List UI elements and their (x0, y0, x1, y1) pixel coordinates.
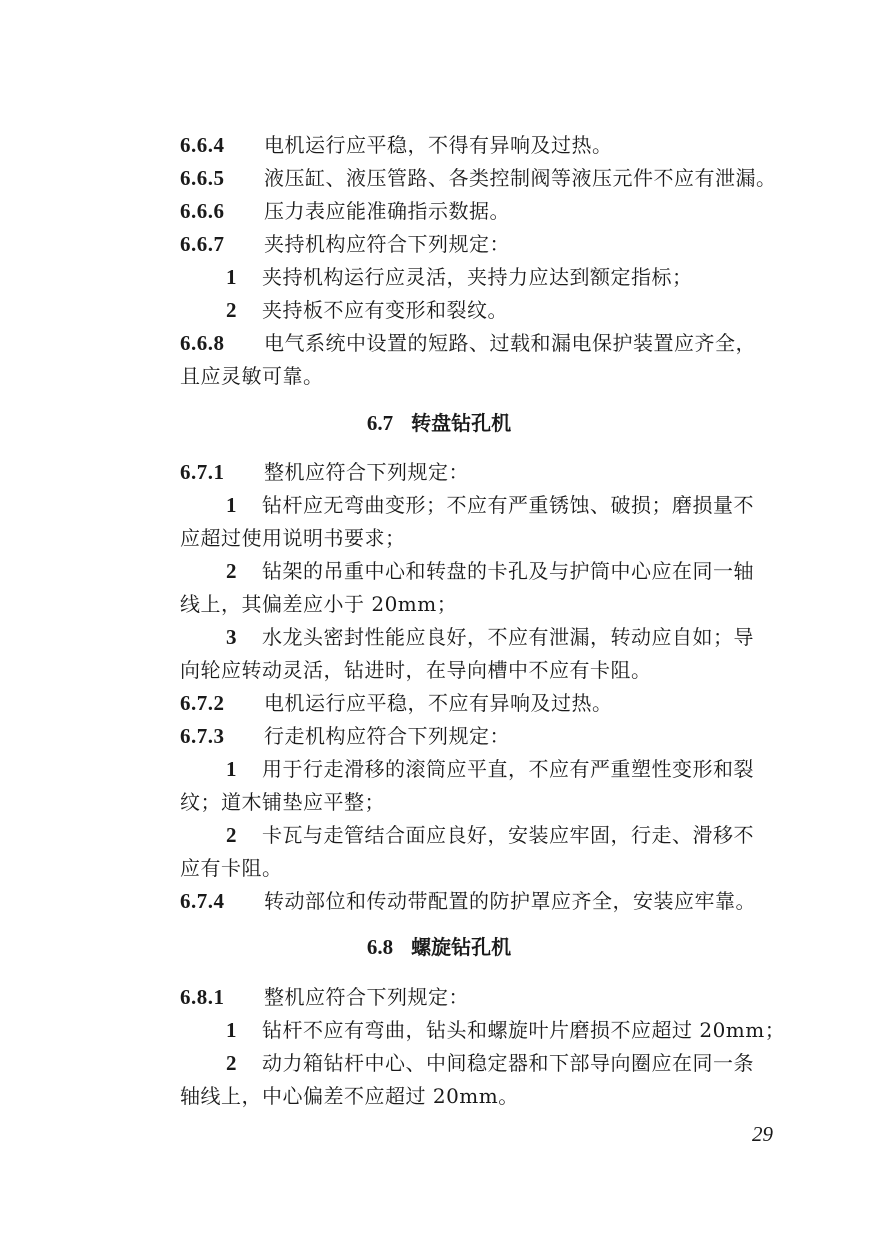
list-item-line: 1钻杆不应有弯曲，钻头和螺旋叶片磨损不应超过 20mm； (180, 1017, 800, 1043)
line-text: 用于行走滑移的滚筒应平直，不应有严重塑性变形和裂 (262, 757, 754, 781)
clause-number: 6.7.2 (180, 690, 252, 716)
list-item-line: 1用于行走滑移的滚筒应平直，不应有严重塑性变形和裂 (180, 756, 800, 782)
clause-number: 6.7.1 (180, 459, 252, 485)
line-text: 应有卡阻。 (180, 856, 283, 880)
list-item-line: 2夹持板不应有变形和裂纹。 (180, 297, 800, 323)
clause-number: 6.6.6 (180, 198, 252, 224)
line-text: 且应灵敏可靠。 (180, 364, 324, 388)
section-heading: 6.7转盘钻孔机 (0, 410, 878, 436)
clause-line: 6.7.1整机应符合下列规定： (180, 459, 800, 485)
clause-number: 6.6.5 (180, 165, 252, 191)
line-text: 水龙头密封性能应良好，不应有泄漏，转动应自如；导 (262, 625, 754, 649)
item-number: 2 (226, 822, 248, 848)
section-number: 6.7 (367, 411, 393, 435)
list-item-line: 2动力箱钻杆中心、中间稳定器和下部导向圈应在同一条 (180, 1050, 800, 1076)
list-item-line: 3水龙头密封性能应良好，不应有泄漏，转动应自如；导 (180, 624, 800, 650)
clause-line: 6.6.4电机运行应平稳，不得有异响及过热。 (180, 132, 800, 158)
item-number: 1 (226, 1017, 248, 1043)
clause-line: 6.8.1整机应符合下列规定： (180, 984, 800, 1010)
line-text: 夹持板不应有变形和裂纹。 (262, 298, 508, 322)
continuation-line: 且应灵敏可靠。 (180, 363, 800, 389)
item-number: 2 (226, 297, 248, 323)
section-title: 转盘钻孔机 (411, 411, 511, 435)
clause-line: 6.6.6压力表应能准确指示数据。 (180, 198, 800, 224)
line-text: 电机运行应平稳，不应有异响及过热。 (264, 691, 613, 715)
line-text: 夹持机构应符合下列规定： (264, 232, 510, 256)
page-number: 29 (752, 1122, 773, 1147)
line-text: 液压缸、液压管路、各类控制阀等液压元件不应有泄漏。 (264, 166, 777, 190)
list-item-line: 2钻架的吊重中心和转盘的卡孔及与护筒中心应在同一轴 (180, 558, 800, 584)
line-text: 动力箱钻杆中心、中间稳定器和下部导向圈应在同一条 (262, 1051, 754, 1075)
clause-number: 6.7.3 (180, 723, 252, 749)
document-page: 6.6.4电机运行应平稳，不得有异响及过热。6.6.5液压缸、液压管路、各类控制… (0, 0, 878, 1241)
section-title: 螺旋钻孔机 (411, 935, 511, 959)
line-text: 压力表应能准确指示数据。 (264, 199, 510, 223)
line-text: 电气系统中设置的短路、过载和漏电保护装置应齐全， (264, 331, 756, 355)
line-text: 电机运行应平稳，不得有异响及过热。 (264, 133, 613, 157)
line-text: 卡瓦与走管结合面应良好，安装应牢固，行走、滑移不 (262, 823, 754, 847)
continuation-line: 向轮应转动灵活，钻进时，在导向槽中不应有卡阻。 (180, 657, 800, 683)
line-text: 钻架的吊重中心和转盘的卡孔及与护筒中心应在同一轴 (262, 559, 754, 583)
line-text: 整机应符合下列规定： (264, 985, 469, 1009)
line-text: 向轮应转动灵活，钻进时，在导向槽中不应有卡阻。 (180, 658, 652, 682)
continuation-line: 线上，其偏差应小于 20mm； (180, 591, 800, 617)
item-number: 2 (226, 1050, 248, 1076)
line-text: 轴线上，中心偏差不应超过 20mm。 (180, 1084, 519, 1108)
line-text: 纹；道木铺垫应平整； (180, 790, 385, 814)
clause-line: 6.6.8电气系统中设置的短路、过载和漏电保护装置应齐全， (180, 330, 800, 356)
line-text: 转动部位和传动带配置的防护罩应齐全，安装应牢靠。 (264, 889, 756, 913)
list-item-line: 1钻杆应无弯曲变形；不应有严重锈蚀、破损；磨损量不 (180, 492, 800, 518)
continuation-line: 纹；道木铺垫应平整； (180, 789, 800, 815)
list-item-line: 2卡瓦与走管结合面应良好，安装应牢固，行走、滑移不 (180, 822, 800, 848)
clause-line: 6.7.4转动部位和传动带配置的防护罩应齐全，安装应牢靠。 (180, 888, 800, 914)
clause-line: 6.6.7夹持机构应符合下列规定： (180, 231, 800, 257)
line-text: 整机应符合下列规定： (264, 460, 469, 484)
clause-number: 6.8.1 (180, 984, 252, 1010)
item-number: 1 (226, 756, 248, 782)
continuation-line: 轴线上，中心偏差不应超过 20mm。 (180, 1083, 800, 1109)
clause-line: 6.7.3行走机构应符合下列规定： (180, 723, 800, 749)
line-text: 钻杆不应有弯曲，钻头和螺旋叶片磨损不应超过 20mm； (262, 1018, 785, 1042)
section-number: 6.8 (367, 935, 393, 959)
clause-line: 6.6.5液压缸、液压管路、各类控制阀等液压元件不应有泄漏。 (180, 165, 800, 191)
line-text: 线上，其偏差应小于 20mm； (180, 592, 457, 616)
continuation-line: 应有卡阻。 (180, 855, 800, 881)
item-number: 2 (226, 558, 248, 584)
clause-number: 6.7.4 (180, 888, 252, 914)
item-number: 1 (226, 492, 248, 518)
line-text: 行走机构应符合下列规定： (264, 724, 510, 748)
line-text: 夹持机构运行应灵活，夹持力应达到额定指标； (262, 265, 693, 289)
line-text: 钻杆应无弯曲变形；不应有严重锈蚀、破损；磨损量不 (262, 493, 754, 517)
continuation-line: 应超过使用说明书要求； (180, 525, 800, 551)
section-heading: 6.8螺旋钻孔机 (0, 934, 878, 960)
clause-number: 6.6.4 (180, 132, 252, 158)
clause-number: 6.6.7 (180, 231, 252, 257)
line-text: 应超过使用说明书要求； (180, 526, 406, 550)
list-item-line: 1夹持机构运行应灵活，夹持力应达到额定指标； (180, 264, 800, 290)
item-number: 3 (226, 624, 248, 650)
item-number: 1 (226, 264, 248, 290)
clause-number: 6.6.8 (180, 330, 252, 356)
clause-line: 6.7.2电机运行应平稳，不应有异响及过热。 (180, 690, 800, 716)
